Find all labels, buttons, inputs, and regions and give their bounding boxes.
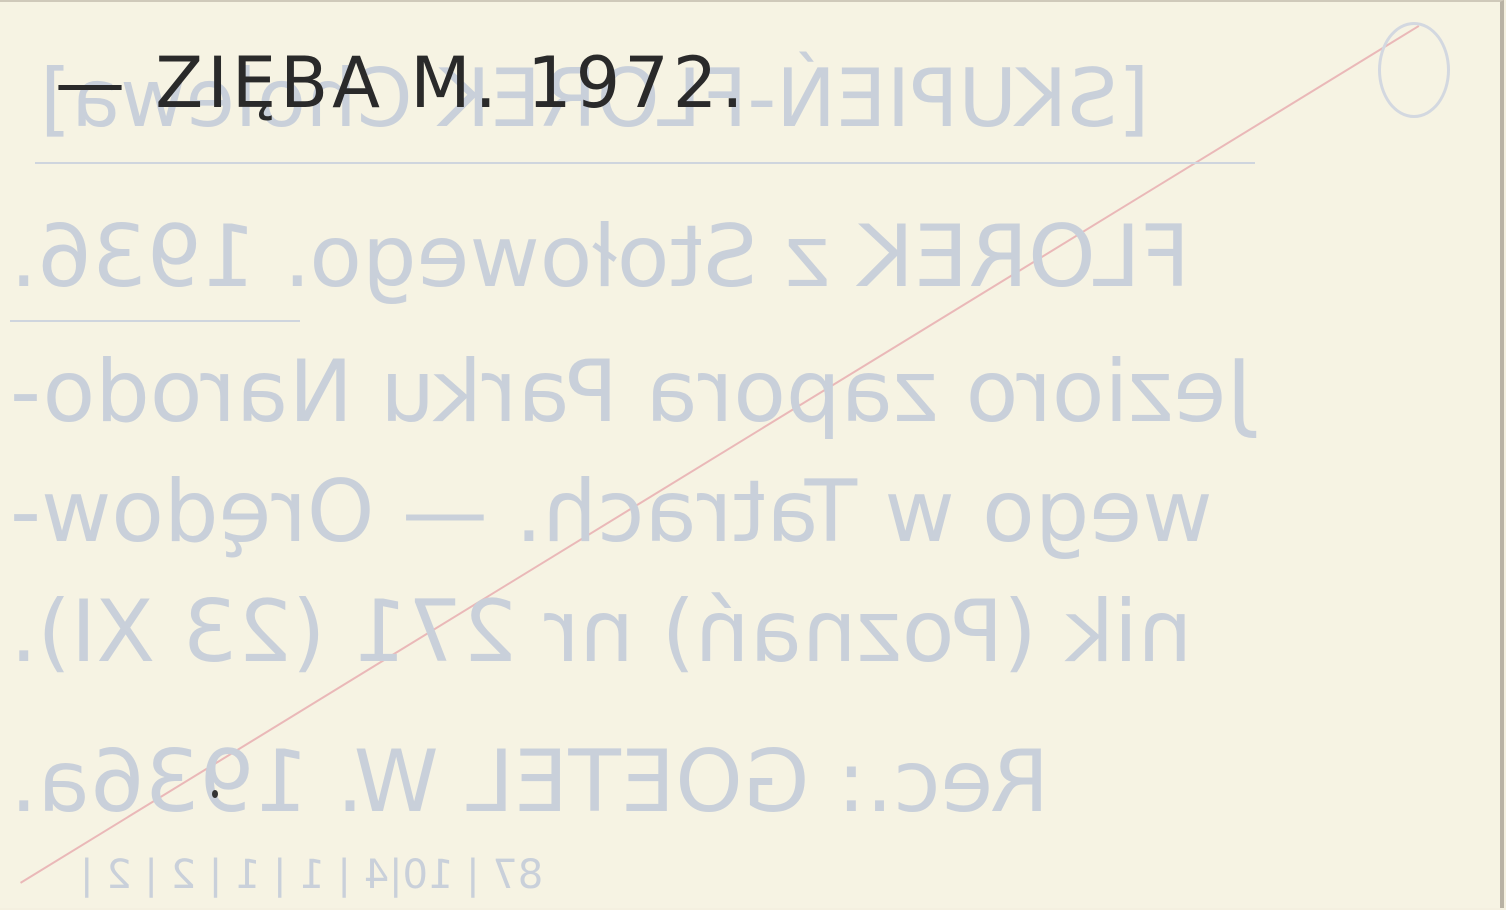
ink-dot	[212, 790, 218, 798]
show-through-line: nik (Poznań) nr 271 (23 XI).	[10, 582, 1192, 682]
circle-mark	[1378, 22, 1450, 118]
underline	[35, 162, 1255, 164]
show-through-line: Jezioro zapora Parku Narodo-	[10, 342, 1252, 442]
show-through-line: wego w Tatrach. — Orędow-	[10, 462, 1213, 562]
underline	[10, 320, 300, 322]
card-heading: — ZIĘBA M. 1972.	[55, 42, 748, 124]
show-through-line: 87 | 10|4 | 1 | 1 | 2 | 2 |	[80, 852, 543, 898]
show-through-line: Rec.: GOETEL W. 1936a.	[10, 732, 1049, 832]
index-card: [SKUPIEŃ-FLOREK Cholewa] FLOREK z Stołow…	[0, 0, 1504, 908]
show-through-line: FLOREK z Stołowego. 1936.	[10, 207, 1190, 307]
